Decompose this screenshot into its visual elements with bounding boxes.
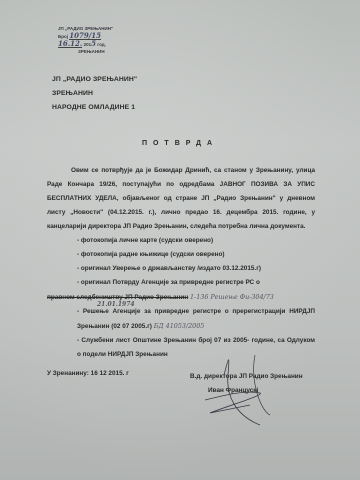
document-title: ПОТВРДА [0, 140, 360, 147]
document-item-1: - фотокопија личне карте (судски оверено… [47, 234, 315, 248]
document-item-5: - Решење Агенције за привредне регистре … [47, 305, 315, 334]
registry-stamp: ЈП „РАДИО ЗРЕЊАНИН" Број 1079/15 16.12. … [58, 25, 138, 61]
address-line-3: НАРОДНЕ ОМЛАДИНЕ 1 [52, 101, 137, 115]
place-and-date: У Зренанину: 16 12 2015. г [47, 370, 129, 377]
document-item-3: - оригинал Уверење о држављанству /издат… [47, 262, 315, 276]
stamp-year-label: 201 [84, 42, 92, 47]
stamp-city: ЗРЕЊАНИН [58, 48, 138, 55]
handwritten-note-1: 1-136 Решење Фи-304/73 [190, 293, 274, 301]
address-line-2: ЗРЕЊАНИН [52, 87, 137, 101]
document-item-2: - фотокопија радне књижице (судски овере… [47, 248, 315, 262]
intro-paragraph: Овим се потврђује да је Божидар Дринић, … [47, 164, 315, 234]
address-line-1: ЈП „РАДИО ЗРЕЊАНИН" [52, 73, 137, 87]
stamp-year-suffix: год. [97, 42, 106, 47]
document-item-4: - оригинал Потврду Агенције за привредне… [47, 276, 315, 290]
stamp-year-value: 5 [91, 39, 96, 48]
handwritten-note-2: БД 41053/2005 [154, 322, 205, 330]
handwritten-date-note: 21.01.1974 [97, 298, 135, 312]
sender-address: ЈП „РАДИО ЗРЕЊАНИН" ЗРЕЊАНИН НАРОДНЕ ОМЛ… [52, 73, 137, 115]
document-body: Овим се потврђује да је Божидар Дринић, … [47, 164, 315, 362]
stamp-date-value: 16.12. [58, 40, 82, 48]
handwritten-signature-icon [200, 345, 320, 445]
